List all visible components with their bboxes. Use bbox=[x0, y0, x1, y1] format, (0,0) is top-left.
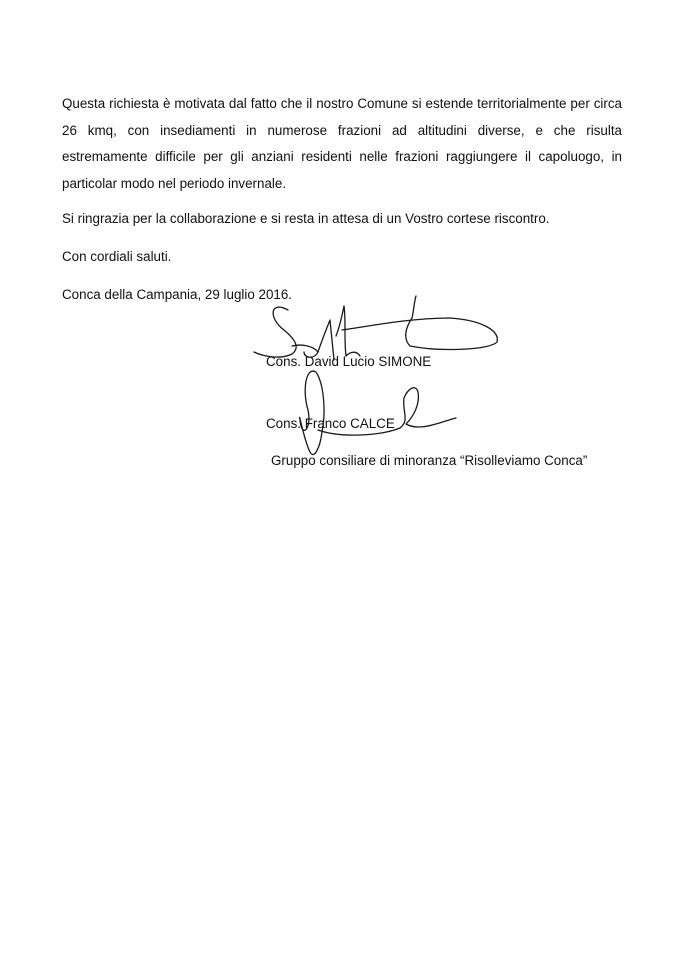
place-date: Conca della Campania, 29 luglio 2016. bbox=[62, 287, 292, 302]
signatory-name-calce: Cons. Franco CALCE bbox=[266, 416, 395, 431]
signature-simone bbox=[254, 296, 497, 360]
paragraph-motivation: Questa richiesta è motivata dal fatto ch… bbox=[62, 91, 622, 197]
minority-group-label: Gruppo consiliare di minoranza “Risollev… bbox=[271, 453, 587, 468]
closing-greeting: Con cordiali saluti. bbox=[62, 249, 171, 264]
signature-calce bbox=[300, 371, 456, 454]
signatory-name-simone: Cons. David Lucio SIMONE bbox=[266, 354, 431, 369]
paragraph-thanks: Si ringrazia per la collaborazione e si … bbox=[62, 211, 550, 226]
